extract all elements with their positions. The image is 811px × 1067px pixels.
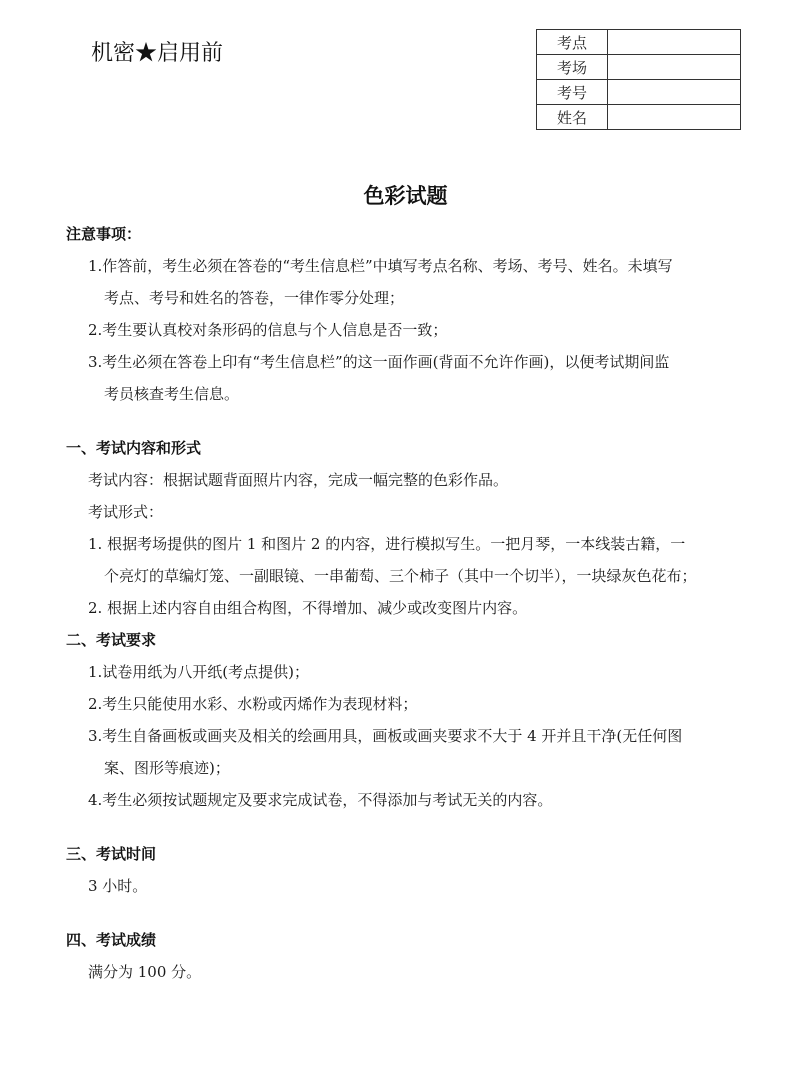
notice-item-3-line-1: 3.考生必须在答卷上印有“考生信息栏”的这一面作画(背面不允许作画)，以便考试期… [66, 346, 746, 378]
notice-item-3-line-2: 考员核查考生信息。 [66, 378, 746, 410]
info-label: 考点 [537, 30, 608, 55]
section-1-item-2: 2. 根据上述内容自由组合构图，不得增加、减少或改变图片内容。 [66, 592, 746, 624]
info-label: 姓名 [537, 105, 608, 130]
info-label: 考场 [537, 55, 608, 80]
info-value-field [608, 30, 741, 55]
section-2-item-2: 2.考生只能使用水彩、水粉或丙烯作为表现材料； [66, 688, 746, 720]
notice-item-1-line-1: 1.作答前，考生必须在答卷的“考生信息栏”中填写考点名称、考场、考号、姓名。未填… [66, 250, 746, 282]
section-2-item-3-line-1: 3.考生自备画板或画夹及相关的绘画用具，画板或画夹要求不大于 4 开并且干净(无… [66, 720, 746, 752]
info-label: 考号 [537, 80, 608, 105]
section-3-body: 3 小时。 [66, 870, 746, 902]
section-4-body: 满分为 100 分。 [66, 956, 746, 988]
section-2-heading: 二、考试要求 [66, 624, 746, 656]
notice-item-2: 2.考生要认真校对条形码的信息与个人信息是否一致； [66, 314, 746, 346]
document-body: 注意事项： 1.作答前，考生必须在答卷的“考生信息栏”中填写考点名称、考场、考号… [66, 218, 746, 988]
info-row-exam-room: 考场 [537, 55, 741, 80]
section-1-item-1-line-2: 个亮灯的草编灯笼、一副眼镜、一串葡萄、三个柿子（其中一个切半），一块绿灰色花布； [66, 560, 746, 592]
info-value-field [608, 55, 741, 80]
notice-heading: 注意事项： [66, 218, 746, 250]
spacer [66, 902, 746, 924]
section-1-item-1-line-1: 1. 根据考场提供的图片 1 和图片 2 的内容，进行模拟写生。一把月琴，一本线… [66, 528, 746, 560]
spacer [66, 816, 746, 838]
section-1-form-label: 考试形式： [66, 496, 746, 528]
section-2-item-4: 4.考生必须按试题规定及要求完成试卷，不得添加与考试无关的内容。 [66, 784, 746, 816]
section-1-content: 考试内容：根据试题背面照片内容，完成一幅完整的色彩作品。 [66, 464, 746, 496]
notice-item-1-line-2: 考点、考号和姓名的答卷，一律作零分处理； [66, 282, 746, 314]
section-2-item-1: 1.试卷用纸为八开纸(考点提供)； [66, 656, 746, 688]
info-value-field [608, 105, 741, 130]
page-title: 色彩试题 [0, 180, 811, 210]
section-4-heading: 四、考试成绩 [66, 924, 746, 956]
section-2-item-3-line-2: 案、图形等痕迹)； [66, 752, 746, 784]
info-value-field [608, 80, 741, 105]
info-row-exam-number: 考号 [537, 80, 741, 105]
confidential-mark: 机密★启用前 [91, 36, 223, 67]
section-3-heading: 三、考试时间 [66, 838, 746, 870]
spacer [66, 410, 746, 432]
info-row-exam-site: 考点 [537, 30, 741, 55]
candidate-info-table: 考点 考场 考号 姓名 [536, 29, 741, 130]
info-row-name: 姓名 [537, 105, 741, 130]
section-1-heading: 一、考试内容和形式 [66, 432, 746, 464]
